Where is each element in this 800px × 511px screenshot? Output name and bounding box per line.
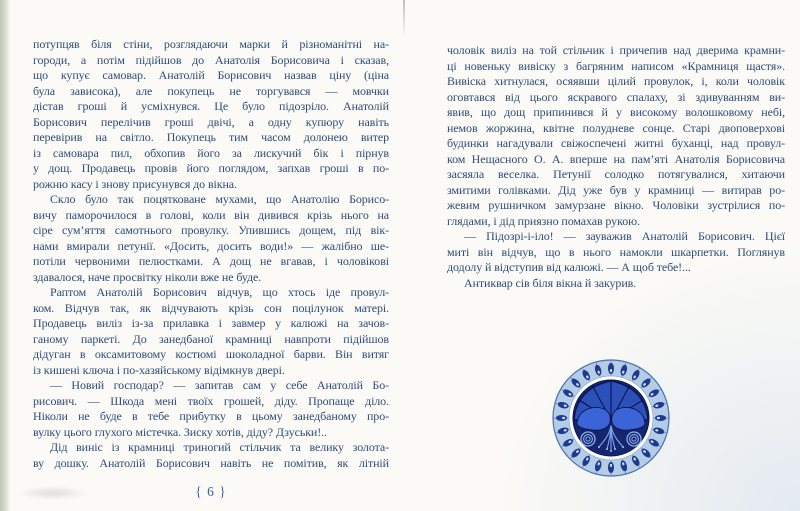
paragraph: чоловік виліз на той стільчик і причепив… bbox=[447, 43, 785, 229]
text-line: миті він відчув, що в нього намокли шкар… bbox=[447, 245, 785, 261]
text-line: нами вмирали петунії. «Досить, досить во… bbox=[33, 239, 389, 255]
text-line: ком Нещасного О. А. вперше на пам’яті Ан… bbox=[447, 152, 785, 168]
paragraph: — Новий господар? — запитав сам у себе А… bbox=[33, 378, 389, 440]
text-line: ву дошку. Анатолій Борисович навіть не п… bbox=[33, 456, 389, 472]
text-line: дістав гроші й усміхнувся. Це було підоз… bbox=[33, 99, 389, 115]
paragraph: Скло було так поцятковане мухами, що Ана… bbox=[33, 192, 389, 285]
page-gutter-line bbox=[403, 0, 405, 38]
text-line: Борисович перелічив гроші двічі, а одну … bbox=[33, 115, 389, 131]
text-line: ганому паркеті. До занедбаної крамниці н… bbox=[33, 332, 389, 348]
text-line: перевірив на світло. Покупець тим часом … bbox=[33, 130, 389, 146]
text-line: Дід виніс із крамниці триногий стільчик … bbox=[33, 440, 389, 456]
text-line: була зависока), але покупець не торгував… bbox=[33, 84, 389, 100]
paragraph: — Підозрі-і-іло! — зауважив Анатолій Бор… bbox=[447, 229, 785, 276]
text-line: із самовара пил, обхопив його за лискучи… bbox=[33, 146, 389, 162]
page-number: { 6 } bbox=[33, 484, 389, 500]
text-line: чоловік виліз на той стільчик і причепив… bbox=[447, 43, 785, 59]
text-line: Вивіска хитнулася, осяявши цілий провуло… bbox=[447, 74, 785, 90]
text-line: ком. Відчув так, як відчувають крізь сон… bbox=[33, 301, 389, 317]
text-line: жевим рушничком замурзане вікно. Чоловік… bbox=[447, 198, 785, 214]
paragraph: потупцяв біля стіни, розглядаючи марки й… bbox=[33, 37, 389, 192]
text-line: Ніколи не буде в тебе прибутку в цьому з… bbox=[33, 409, 389, 425]
text-line: дідуган в оксамитовому костюмі шоколадно… bbox=[33, 347, 389, 363]
text-line: здавалося, наче просвітку ніколи вже не … bbox=[33, 270, 389, 286]
text-line: що купує самовар. Анатолій Борисович наз… bbox=[33, 68, 389, 84]
text-line: — Новий господар? — запитав сам у себе А… bbox=[33, 378, 389, 394]
text-line: явив, що дощ припинився й у високому вол… bbox=[447, 105, 785, 121]
text-line: — Підозрі-і-іло! — зауважив Анатолій Бор… bbox=[447, 229, 785, 245]
paragraph: Раптом Анатолій Борисович відчув, що хто… bbox=[33, 285, 389, 378]
text-line: вулку цього глухого містечка. Зиску хоті… bbox=[33, 425, 389, 441]
text-line: Продавець виліз із-за прилавка і завмер … bbox=[33, 316, 389, 332]
text-line: ці новеньку вивіску з багряним написом «… bbox=[447, 59, 785, 75]
text-line: у дощ. Продавець провів його поглядом, з… bbox=[33, 161, 389, 177]
paragraph: Антиквар сів біля вікна й закурив. bbox=[447, 276, 785, 292]
text-line: засяяла веселка. Петунії солодко потягув… bbox=[447, 167, 785, 183]
text-line: Скло було так поцятковане мухами, що Ана… bbox=[33, 192, 389, 208]
text-line: будинки нагадували свіжоспечені житні бу… bbox=[447, 136, 785, 152]
left-page: потупцяв біля стіни, розглядаючи марки й… bbox=[33, 37, 389, 471]
text-line: потупцяв біля стіни, розглядаючи марки й… bbox=[33, 37, 389, 53]
scan-edge-shadow bbox=[0, 0, 10, 511]
text-line: із кишені ключа і по-хазяйському відімкн… bbox=[33, 363, 389, 379]
text-line: рожню касу і знову присунувся до вікна. bbox=[33, 177, 389, 193]
text-line: додолу й відступив від калюжі. — А щоб т… bbox=[447, 260, 785, 276]
text-line: городи, а потім підійшов до Анатолія Бор… bbox=[33, 53, 389, 69]
text-line: Раптом Анатолій Борисович відчув, що хто… bbox=[33, 285, 389, 301]
text-line: сіре сум’яття самотнього провулку. Упивш… bbox=[33, 223, 389, 239]
text-line: глядами, і дід приязно помахав рукою. bbox=[447, 214, 785, 230]
right-page: чоловік виліз на той стільчик і причепив… bbox=[447, 43, 785, 291]
text-line: оговтався від цього яскравого спалаху, з… bbox=[447, 90, 785, 106]
book-spread-scan: потупцяв біля стіни, розглядаючи марки й… bbox=[0, 0, 800, 511]
text-line: потіли червоними пелюстками. А дощ не вг… bbox=[33, 254, 389, 270]
text-line: вичу паморочилося в голові, коли він див… bbox=[33, 208, 389, 224]
text-line: Антиквар сів біля вікна й закурив. bbox=[447, 276, 785, 292]
text-line: змитими голівками. Дід уже був у крамниц… bbox=[447, 183, 785, 199]
blue-rosette-ornament-medallion bbox=[551, 358, 671, 478]
text-line: рисович. — Шкода мені твоїх грошей, діду… bbox=[33, 394, 389, 410]
text-line: немов жоржина, квітне полудневе сонце. С… bbox=[447, 121, 785, 137]
paragraph: Дід виніс із крамниці триногий стільчик … bbox=[33, 440, 389, 471]
